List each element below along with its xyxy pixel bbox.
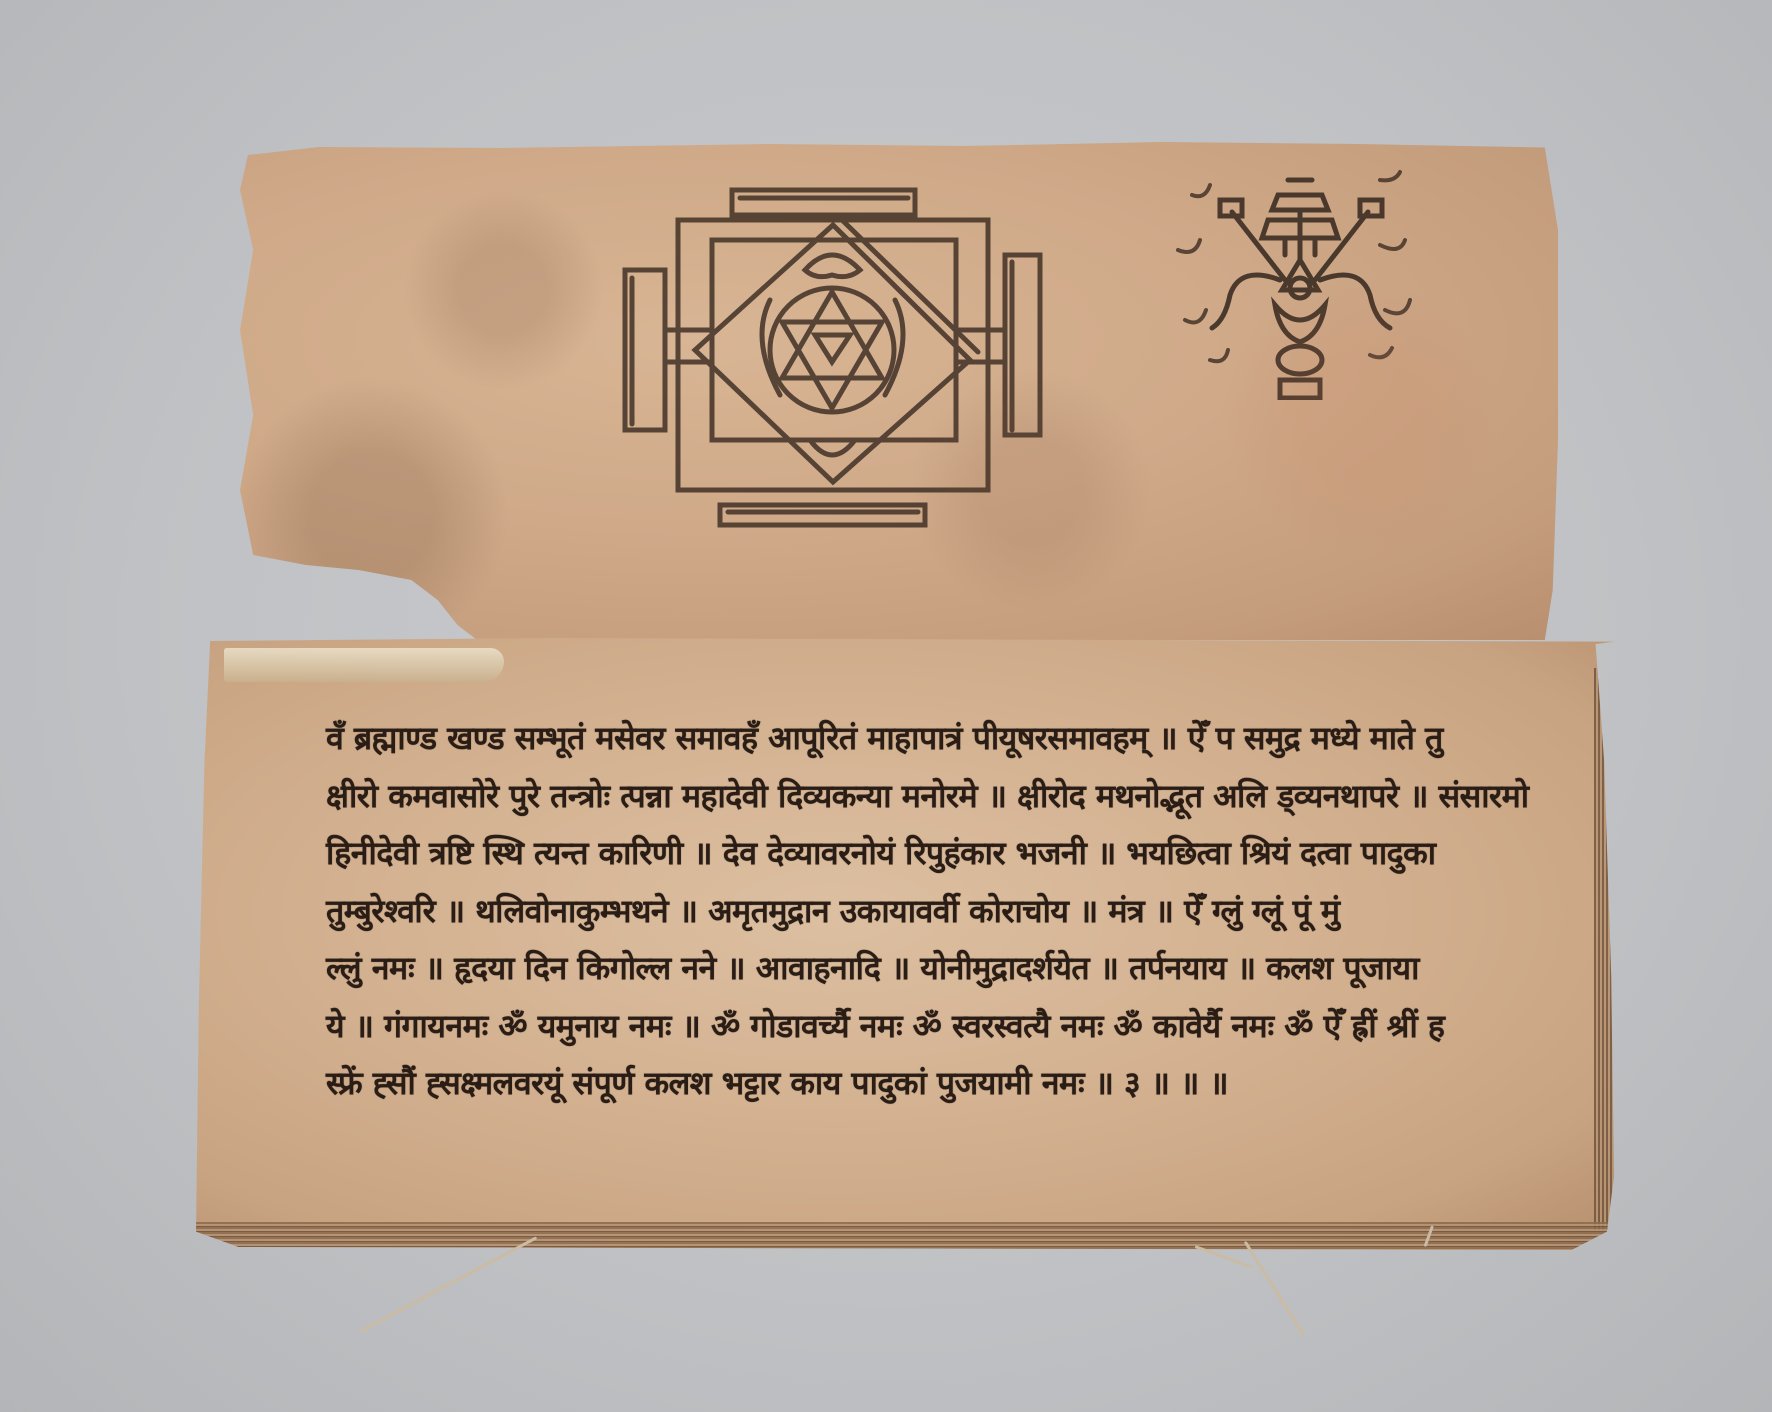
deity-emblem-icon [1170, 160, 1430, 400]
text-line: स्फ्रें ह्सौं ह्सक्ष्मलवरयूं संपूर्ण कलश… [326, 1055, 1486, 1113]
binding-thread [359, 1236, 537, 1333]
page-stack-bottom-edge [196, 1222, 1614, 1250]
page-stack-right-edge [1594, 668, 1614, 1230]
text-line: क्षीरो कमवासोरे पुरे तन्त्रोः त्पन्ना मह… [326, 768, 1486, 826]
text-line: ल्लुं नमः ॥ हृदया दिन किगोल्ल नने ॥ आवाह… [326, 940, 1486, 998]
binding-thread [1244, 1241, 1305, 1336]
devanagari-text-block: वँ ब्रह्माण्ड खण्ड सम्भूतं मसेवर समावहँ … [326, 710, 1486, 1113]
manuscript-upper-leaf [240, 140, 1558, 640]
text-line: वँ ब्रह्माण्ड खण्ड सम्भूतं मसेवर समावहँ … [326, 710, 1486, 768]
torn-paper-damage [224, 648, 504, 682]
manuscript-lower-leaf: वँ ब्रह्माण्ड खण्ड सम्भूतं मसेवर समावहँ … [196, 638, 1614, 1250]
text-line: हिनीदेवी त्रष्टि स्थि त्यन्त कारिणी ॥ दे… [326, 825, 1486, 883]
yantra-diagram-icon [620, 180, 1050, 530]
text-line: ये ॥ गंगायनमः ॐ यमुनाय नमः ॥ ॐ गोडावर्च्… [326, 998, 1486, 1056]
text-line: तुम्बुरेश्वरि ॥ थलिवोनाकुम्भथने ॥ अमृतमु… [326, 883, 1486, 941]
